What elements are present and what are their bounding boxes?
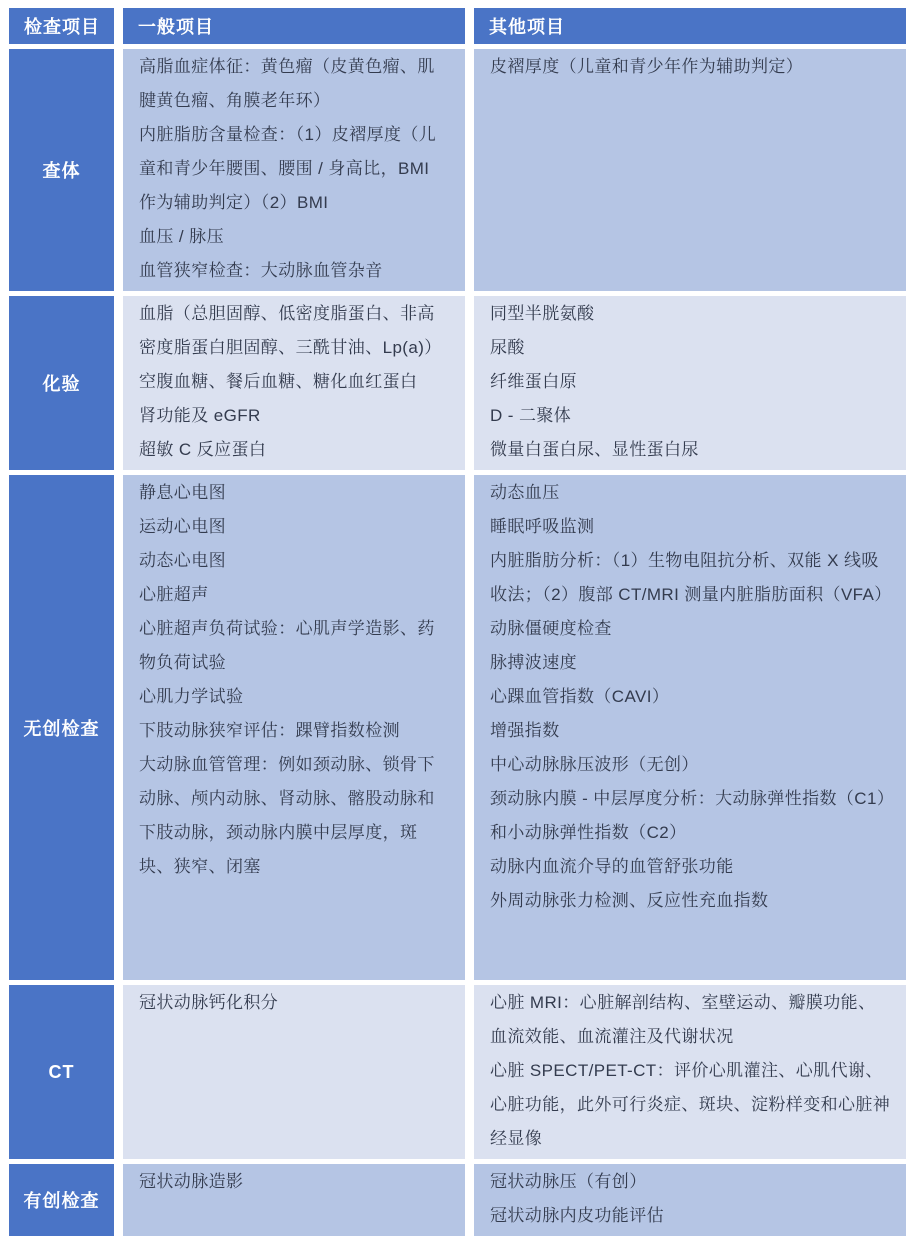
cell-line: 冠状动脉造影 bbox=[139, 1165, 451, 1199]
general-cell: 冠状动脉钙化积分 bbox=[123, 985, 465, 1159]
cell-line: 心脏 SPECT/PET-CT：评价心肌灌注、心肌代谢、心脏功能，此外可行炎症、… bbox=[490, 1054, 892, 1156]
col-header-category: 检查项目 bbox=[9, 8, 114, 44]
cell-line: 血压 / 脉压 bbox=[139, 220, 451, 254]
cell-line: 皮褶厚度（儿童和青少年作为辅助判定） bbox=[490, 50, 892, 84]
cell-line: 脉搏波速度 bbox=[490, 646, 892, 680]
cell-line: 动态血压 bbox=[490, 476, 892, 510]
row-ct: CT 冠状动脉钙化积分 心脏 MRI：心脏解剖结构、室壁运动、瓣膜功能、血流效能… bbox=[9, 985, 906, 1159]
cell-line: 中心动脉脉压波形（无创） bbox=[490, 748, 892, 782]
cell-line: 颈动脉内膜 - 中层厚度分析：大动脉弹性指数（C1）和小动脉弹性指数（C2） bbox=[490, 782, 892, 850]
general-cell: 静息心电图运动心电图动态心电图心脏超声心脏超声负荷试验：心肌声学造影、药物负荷试… bbox=[123, 475, 465, 980]
cell-line: 超敏 C 反应蛋白 bbox=[139, 433, 451, 467]
row-invasive-exam: 有创检查 冠状动脉造影 冠状动脉压（有创）冠状动脉内皮功能评估 bbox=[9, 1164, 906, 1236]
general-cell: 冠状动脉造影 bbox=[123, 1164, 465, 1236]
exam-items-table: 检查项目 一般项目 其他项目 查体 高脂血症体征：黄色瘤（皮黄色瘤、肌腱黄色瘤、… bbox=[0, 3, 915, 1241]
cell-line: 心踝血管指数（CAVI） bbox=[490, 680, 892, 714]
cell-line: 冠状动脉钙化积分 bbox=[139, 986, 451, 1020]
category-cell: 查体 bbox=[9, 49, 114, 291]
cell-line: 大动脉血管管理：例如颈动脉、锁骨下动脉、颅内动脉、肾动脉、髂股动脉和下肢动脉，颈… bbox=[139, 748, 451, 884]
cell-line: 下肢动脉狭窄评估：踝臂指数检测 bbox=[139, 714, 451, 748]
row-lab-tests: 化验 血脂（总胆固醇、低密度脂蛋白、非高密度脂蛋白胆固醇、三酰甘油、Lp(a)）… bbox=[9, 296, 906, 470]
other-cell: 心脏 MRI：心脏解剖结构、室壁运动、瓣膜功能、血流效能、血流灌注及代谢状况心脏… bbox=[474, 985, 906, 1159]
cell-line: 冠状动脉压（有创） bbox=[490, 1165, 892, 1199]
cell-line: 睡眠呼吸监测 bbox=[490, 510, 892, 544]
cell-line: 内脏脂肪分析：（1）生物电阻抗分析、双能 X 线吸收法；（2）腹部 CT/MRI… bbox=[490, 544, 892, 612]
other-cell: 冠状动脉压（有创）冠状动脉内皮功能评估 bbox=[474, 1164, 906, 1236]
cell-line: 冠状动脉内皮功能评估 bbox=[490, 1199, 892, 1233]
cell-line: 动态心电图 bbox=[139, 544, 451, 578]
cell-line: 心肌力学试验 bbox=[139, 680, 451, 714]
category-cell: 无创检查 bbox=[9, 475, 114, 980]
cell-line: 内脏脂肪含量检查：（1）皮褶厚度（儿童和青少年腰围、腰围 / 身高比，BMI 作… bbox=[139, 118, 451, 220]
col-header-other: 其他项目 bbox=[474, 8, 906, 44]
cell-line: 微量白蛋白尿、显性蛋白尿 bbox=[490, 433, 892, 467]
category-cell: 化验 bbox=[9, 296, 114, 470]
cell-line: 空腹血糖、餐后血糖、糖化血红蛋白 bbox=[139, 365, 451, 399]
other-cell: 动态血压睡眠呼吸监测内脏脂肪分析：（1）生物电阻抗分析、双能 X 线吸收法；（2… bbox=[474, 475, 906, 980]
cell-line: 血脂（总胆固醇、低密度脂蛋白、非高密度脂蛋白胆固醇、三酰甘油、Lp(a)） bbox=[139, 297, 451, 365]
cell-line: 尿酸 bbox=[490, 331, 892, 365]
header-row: 检查项目 一般项目 其他项目 bbox=[9, 8, 906, 44]
cell-line: 心脏超声负荷试验：心肌声学造影、药物负荷试验 bbox=[139, 612, 451, 680]
general-cell: 血脂（总胆固醇、低密度脂蛋白、非高密度脂蛋白胆固醇、三酰甘油、Lp(a)）空腹血… bbox=[123, 296, 465, 470]
cell-line: 同型半胱氨酸 bbox=[490, 297, 892, 331]
category-cell: CT bbox=[9, 985, 114, 1159]
general-cell: 高脂血症体征：黄色瘤（皮黄色瘤、肌腱黄色瘤、角膜老年环）内脏脂肪含量检查：（1）… bbox=[123, 49, 465, 291]
other-cell: 同型半胱氨酸尿酸纤维蛋白原D - 二聚体微量白蛋白尿、显性蛋白尿 bbox=[474, 296, 906, 470]
other-cell: 皮褶厚度（儿童和青少年作为辅助判定） bbox=[474, 49, 906, 291]
cell-line: 动脉僵硬度检查 bbox=[490, 612, 892, 646]
cell-line: 心脏 MRI：心脏解剖结构、室壁运动、瓣膜功能、血流效能、血流灌注及代谢状况 bbox=[490, 986, 892, 1054]
cell-line: 高脂血症体征：黄色瘤（皮黄色瘤、肌腱黄色瘤、角膜老年环） bbox=[139, 50, 451, 118]
cell-line: 心脏超声 bbox=[139, 578, 451, 612]
row-noninvasive-exam: 无创检查 静息心电图运动心电图动态心电图心脏超声心脏超声负荷试验：心肌声学造影、… bbox=[9, 475, 906, 980]
cell-line: 血管狭窄检查：大动脉血管杂音 bbox=[139, 254, 451, 288]
cell-line: D - 二聚体 bbox=[490, 399, 892, 433]
col-header-general: 一般项目 bbox=[123, 8, 465, 44]
cell-line: 动脉内血流介导的血管舒张功能 bbox=[490, 850, 892, 884]
cell-line: 外周动脉张力检测、反应性充血指数 bbox=[490, 884, 892, 918]
row-physical-exam: 查体 高脂血症体征：黄色瘤（皮黄色瘤、肌腱黄色瘤、角膜老年环）内脏脂肪含量检查：… bbox=[9, 49, 906, 291]
cell-line: 增强指数 bbox=[490, 714, 892, 748]
category-cell: 有创检查 bbox=[9, 1164, 114, 1236]
cell-line: 纤维蛋白原 bbox=[490, 365, 892, 399]
cell-line: 静息心电图 bbox=[139, 476, 451, 510]
cell-line: 运动心电图 bbox=[139, 510, 451, 544]
cell-line: 肾功能及 eGFR bbox=[139, 399, 451, 433]
